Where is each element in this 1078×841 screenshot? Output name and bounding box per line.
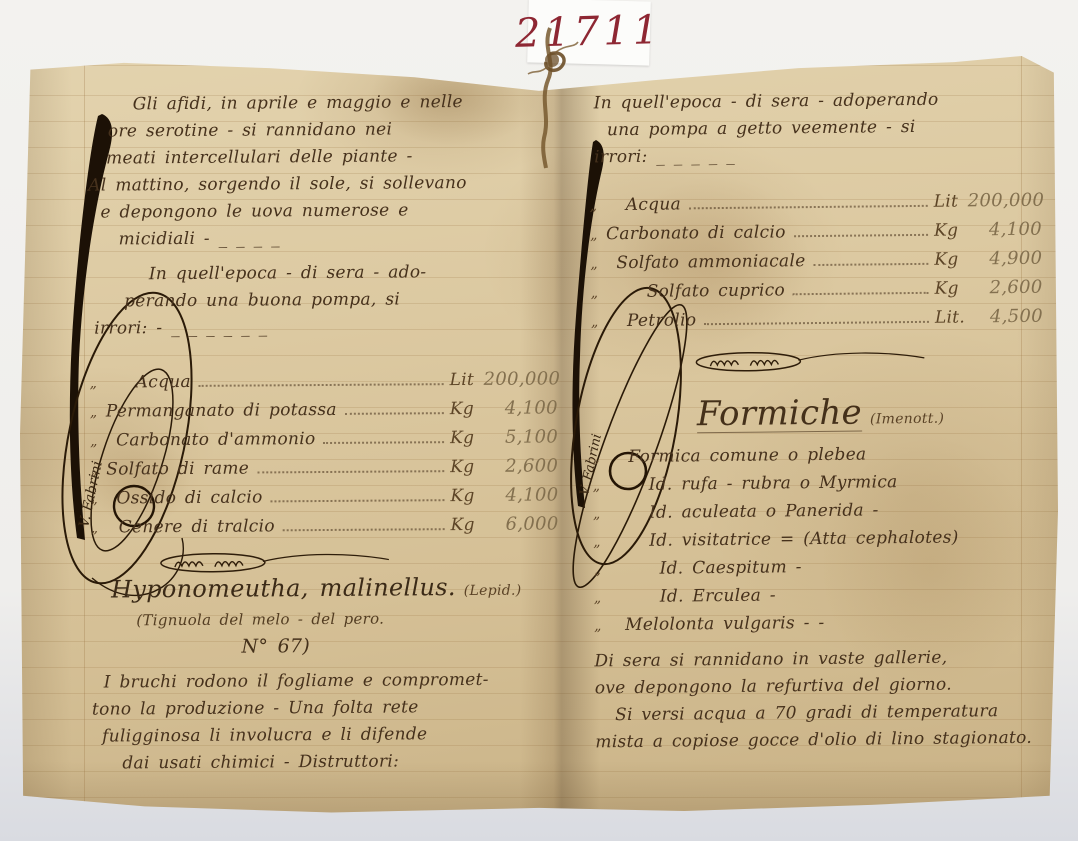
order-note: (Lepid.)	[464, 583, 522, 599]
ditto-mark: „	[90, 400, 106, 427]
common-name-line: (Tignuola del melo - del pero.	[91, 604, 559, 634]
ditto-mark: „	[594, 613, 620, 640]
ditto-mark: „	[593, 529, 619, 556]
text-line: In quell'epoca - di sera - ado-	[89, 258, 557, 288]
ingredient-value: 2,600	[484, 452, 558, 480]
text-line: fuligginosa li involucra e li difende	[92, 720, 560, 750]
recipe-row: „ Ossido di calcio Kg 4,100	[90, 481, 558, 513]
ditto-mark: „	[591, 309, 607, 336]
ingredient-value: 200,000	[968, 187, 1042, 215]
recipe-row: „ Petrolio Lit. 4,500	[591, 303, 1043, 337]
dotted-leader	[345, 412, 444, 415]
species-name: Hyponomeutha, malinellus.	[111, 573, 456, 603]
ditto-mark: „	[592, 445, 618, 472]
order-note: (Imenott.)	[870, 411, 944, 428]
ditto-mark: „	[90, 429, 106, 456]
ditto-mark: „	[594, 585, 620, 612]
divider-flourish	[151, 549, 391, 577]
dotted-leader	[199, 383, 444, 387]
species-name: Formiche	[697, 393, 862, 435]
ditto-mark: „	[593, 473, 619, 500]
manuscript-paper: V. Fabrini V. Fabrini Gli afidi, in apri…	[20, 56, 1058, 814]
manuscript-photo: 21711 V. Fabrini V. Fabrini	[0, 0, 1078, 841]
ditto-mark: „	[590, 193, 606, 220]
dotted-leader	[257, 470, 444, 473]
ingredient-name: Acqua	[106, 369, 191, 397]
dotted-leader	[704, 321, 929, 325]
ingredient-unit: Kg	[450, 425, 484, 452]
ingredient-unit: Lit.	[935, 304, 969, 331]
ingredient-unit: Lit	[934, 188, 968, 215]
ingredient-name: Petrolio	[607, 307, 697, 335]
ditto-mark: „	[590, 251, 606, 278]
ditto-mark: „	[91, 516, 107, 543]
text-line: Al mattino, sorgendo il sole, si solleva…	[88, 169, 556, 199]
text-line: e depongono le uova numerose e	[88, 196, 556, 226]
section-heading: Formiche(Imenott.)	[592, 398, 1044, 437]
ingredient-unit: Lit	[450, 367, 484, 394]
ingredient-unit: Kg	[934, 246, 968, 273]
ant-name: Id. visitatrice = (Atta cephalotes)	[619, 525, 959, 556]
ant-name: Id. Erculea -	[620, 582, 776, 611]
ingredient-name: Permanganato di potassa	[106, 397, 337, 426]
recipe-row: „ Permanganato di potassa Kg 4,100	[90, 394, 558, 426]
text-line: meati intercellulari delle piante -	[88, 142, 556, 172]
ingredient-value: 6,000	[485, 510, 559, 538]
ingredient-name: Solfato cuprico	[607, 277, 786, 306]
ant-name: Formica comune o plebea	[618, 441, 866, 471]
recipe-row: „ Carbonato di calcio Kg 4,100	[590, 216, 1042, 250]
ingredient-value: 2,600	[968, 274, 1042, 302]
ingredient-value: 4,900	[968, 245, 1042, 273]
ant-name: Id. rufa - rubra o Myrmica	[619, 469, 898, 499]
ingredient-name: Solfato di rame	[106, 456, 249, 484]
ingredient-value: 5,100	[484, 423, 558, 451]
ingredient-value: 4,100	[484, 394, 558, 422]
recipe-row: „ Solfato di rame Kg 2,600	[90, 452, 558, 484]
recipe-row: „ Solfato cuprico Kg 2,600	[590, 274, 1042, 308]
recipe-row: „ Carbonato d'ammonio Kg 5,100	[90, 423, 558, 455]
divider-flourish	[686, 347, 926, 376]
dotted-leader	[324, 441, 445, 444]
ingredient-name: Acqua	[606, 191, 682, 219]
dotted-leader	[271, 499, 445, 502]
recipe-row: „ Cenere di tralcio Kg 6,000	[91, 510, 559, 542]
left-page: Gli afidi, in aprile e maggio e nelle or…	[88, 88, 561, 777]
ditto-mark: „	[90, 371, 106, 398]
text-line: perando una buona pompa, si	[89, 285, 557, 315]
text-line: dai usati chimici - Distruttori:	[92, 747, 560, 777]
ingredient-value: 4,500	[969, 303, 1043, 331]
ingredient-name: Cenere di tralcio	[107, 513, 275, 541]
dotted-leader	[689, 205, 928, 209]
ingredient-value: 4,100	[968, 216, 1042, 244]
text-line: irrori: - _ _ _ _ _ _	[89, 312, 557, 342]
recipe-row: „ Solfato ammoniacale Kg 4,900	[590, 245, 1042, 279]
ingredient-name: Carbonato d'ammonio	[106, 426, 316, 454]
ant-name: Melolonta vulgaris - -	[620, 610, 825, 639]
archive-label: 21711	[527, 0, 651, 66]
ingredient-name: Carbonato di calcio	[606, 219, 786, 248]
ditto-mark: „	[593, 501, 619, 528]
recipe-row: „ Acqua Lit 200,000	[90, 365, 558, 397]
ditto-mark: „	[591, 280, 607, 307]
dotted-leader	[814, 263, 929, 266]
ingredient-unit: Kg	[450, 454, 484, 481]
ditto-mark: „	[590, 222, 606, 249]
dotted-leader	[283, 528, 445, 531]
right-page: In quell'epoca - di sera - adoperando un…	[589, 86, 1048, 757]
ditto-mark: „	[593, 557, 619, 584]
archive-number: 21711	[515, 7, 663, 57]
dotted-leader	[794, 234, 928, 237]
entry-number: N° 67)	[91, 631, 559, 661]
dotted-leader	[793, 292, 929, 295]
ingredient-unit: Kg	[934, 217, 968, 244]
text-line: I bruchi rodono il fogliame e compromet-	[92, 666, 560, 696]
text-line: ore serotine - si rannidano nei	[88, 115, 556, 145]
ingredient-unit: Kg	[450, 396, 484, 423]
text-line: micidiali - _ _ _ _	[89, 223, 557, 253]
recipe-row: „ Acqua Lit 200,000	[590, 187, 1042, 221]
ant-name: Id. Caespitum -	[619, 554, 801, 583]
ingredient-unit: Kg	[450, 483, 484, 510]
text-line: tono la produzione - Una folta rete	[92, 693, 560, 723]
ditto-mark: „	[90, 487, 106, 514]
section-heading: Hyponomeutha, malinellus.(Lepid.)	[91, 573, 559, 607]
text-line: mista a copiose gocce d'olio di lino sta…	[595, 725, 1047, 757]
ingredient-unit: Kg	[934, 275, 968, 302]
text-line: Gli afidi, in aprile e maggio e nelle	[88, 88, 556, 118]
ingredient-unit: Kg	[451, 512, 485, 539]
ingredient-name: Ossido di calcio	[106, 484, 262, 512]
ditto-mark: „	[90, 458, 106, 485]
ingredient-name: Solfato ammoniacale	[606, 248, 805, 277]
ingredient-value: 4,100	[484, 481, 558, 509]
ant-name: Id. aculeata o Panerida -	[619, 497, 879, 527]
ingredient-value: 200,000	[484, 365, 558, 393]
margin-line	[84, 56, 85, 814]
